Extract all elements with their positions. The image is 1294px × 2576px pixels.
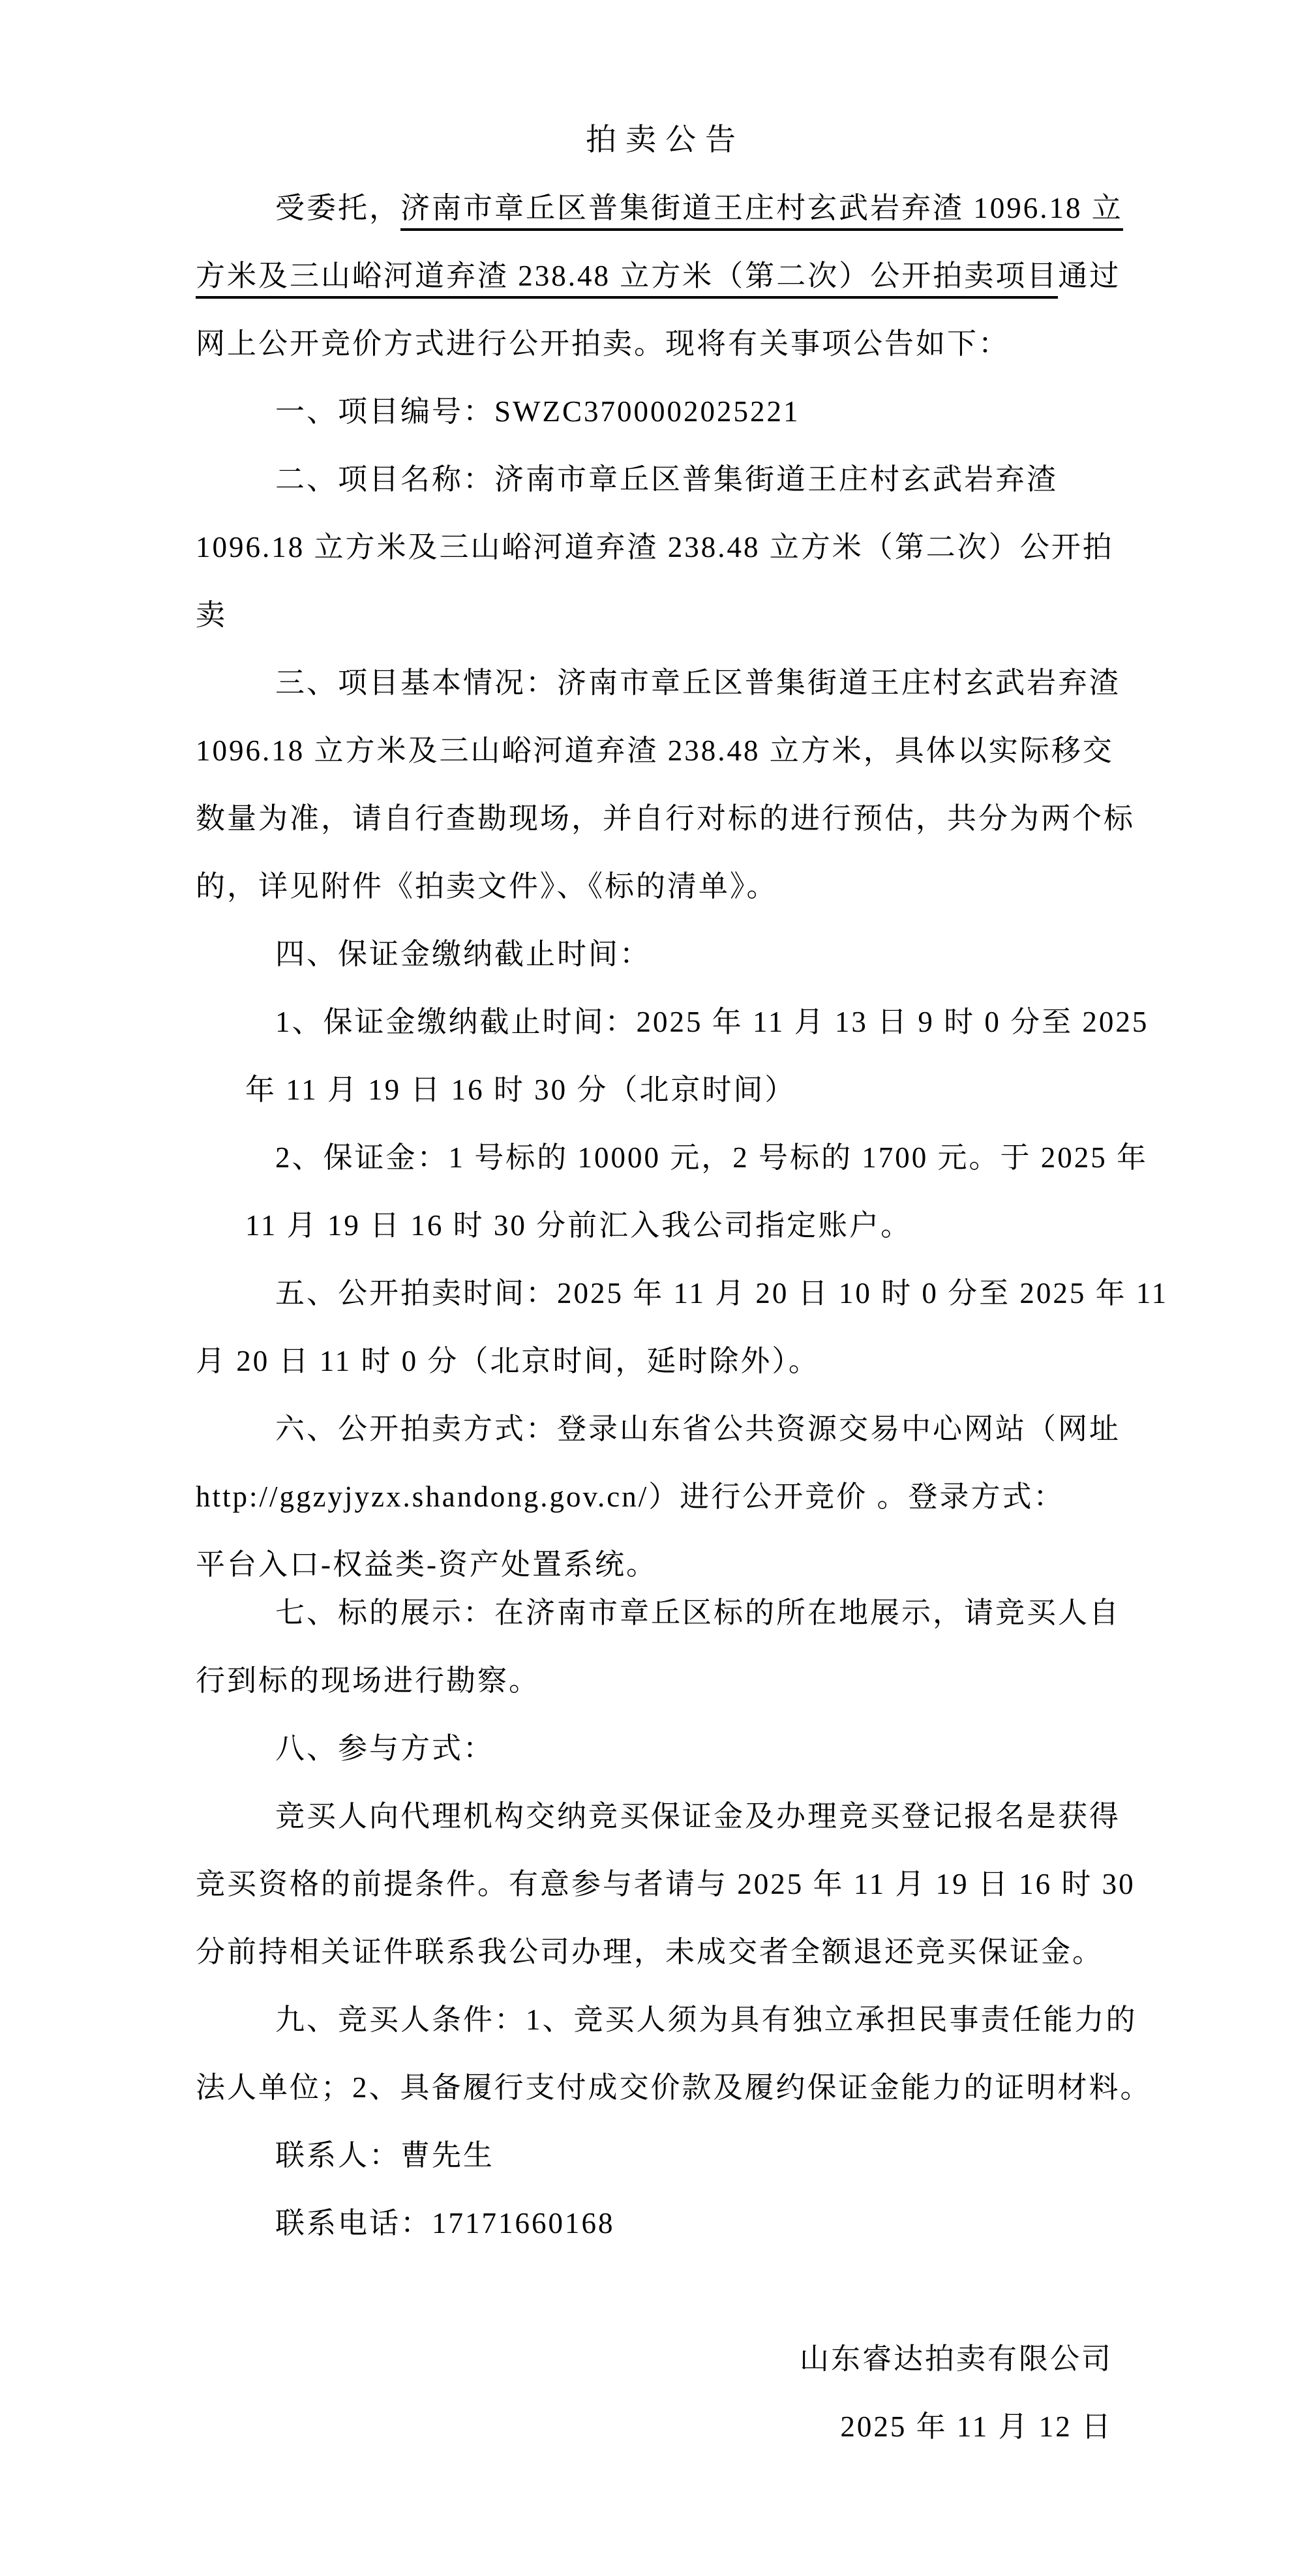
- text-run: 1096.18 立方米及三山峪河道弃渣 238.48 立方米（第二次）公开拍: [196, 531, 1114, 563]
- contact-person: 联系人：曹先生: [196, 2121, 1135, 2189]
- signature-date: 2025 年 11 月 12 日: [196, 2393, 1135, 2461]
- item-5-auction-time-line-2: 月 20 日 11 时 0 分（北京时间，延时除外）。: [196, 1327, 1135, 1395]
- item-4-deposit-deadline-heading: 四、保证金缴纳截止时间：: [196, 920, 1135, 988]
- para-intro-line-2: 方米及三山峪河道弃渣 238.48 立方米（第二次）公开拍卖项目通过: [196, 242, 1135, 310]
- item-3-basic-info-line-3: 数量为准，请自行查勘现场，并自行对标的进行预估，共分为两个标: [196, 785, 1135, 852]
- text-run: 网上公开竞价方式进行公开拍卖。现将有关事项公告如下：: [196, 327, 1010, 360]
- item-3-basic-info-line-1: 三、项目基本情况：济南市章丘区普集街道王庄村玄武岩弃渣: [196, 649, 1135, 717]
- text-run: 分前持相关证件联系我公司办理，未成交者全额退还竞买保证金。: [196, 1936, 1104, 1968]
- item-4-2-deposit-line-2: 11 月 19 日 16 时 30 分前汇入我公司指定账户。: [196, 1191, 1135, 1259]
- contact-phone: 联系电话：17171660168: [196, 2189, 1135, 2257]
- item-2-project-name-line-3: 卖: [196, 581, 1135, 649]
- text-run: 受委托，: [275, 192, 400, 224]
- item-7-display-line-1: 七、标的展示：在济南市章丘区标的所在地展示，请竞买人自: [196, 1579, 1135, 1647]
- text-run: 的，详见附件《拍卖文件》、《标的清单》。: [196, 870, 778, 903]
- item-9-bidder-conditions-line-2: 法人单位；2、具备履行支付成交价款及履约保证金能力的证明材料。: [196, 2054, 1135, 2121]
- item-8-participation-line-3: 分前持相关证件联系我公司办理，未成交者全额退还竞买保证金。: [196, 1918, 1135, 1986]
- text-run: 三、项目基本情况：济南市章丘区普集街道王庄村玄武岩弃渣: [275, 666, 1121, 699]
- text-run: 2025 年 11 月 12 日: [840, 2410, 1113, 2443]
- text-run: 11 月 19 日 16 时 30 分前汇入我公司指定账户。: [245, 1209, 912, 1242]
- item-2-project-name-line-1: 二、项目名称：济南市章丘区普集街道王庄村玄武岩弃渣: [196, 445, 1135, 513]
- doc-title: 拍卖公告: [196, 106, 1135, 174]
- item-3-basic-info-line-4: 的，详见附件《拍卖文件》、《标的清单》。: [196, 852, 1135, 920]
- item-3-basic-info-line-2: 1096.18 立方米及三山峪河道弃渣 238.48 立方米，具体以实际移交: [196, 717, 1135, 785]
- text-run: 月 20 日 11 时 0 分（北京时间，延时除外）。: [196, 1345, 820, 1377]
- text-run: 五、公开拍卖时间：2025 年 11 月 20 日 10 时 0 分至 2025…: [275, 1277, 1168, 1310]
- text-run: 七、标的展示：在济南市章丘区标的所在地展示，请竞买人自: [275, 1596, 1121, 1629]
- document-page: 拍卖公告受委托，济南市章丘区普集街道王庄村玄武岩弃渣 1096.18 立方米及三…: [0, 0, 1294, 2576]
- text-run: 数量为准，请自行查勘现场，并自行对标的进行预估，共分为两个标: [196, 802, 1135, 835]
- text-run: 联系电话：17171660168: [275, 2207, 615, 2239]
- item-2-project-name-line-2: 1096.18 立方米及三山峪河道弃渣 238.48 立方米（第二次）公开拍: [196, 513, 1135, 581]
- item-8-participation-line-1: 竞买人向代理机构交纳竞买保证金及办理竞买登记报名是获得: [196, 1782, 1135, 1850]
- signature-company: 山东睿达拍卖有限公司: [196, 2325, 1135, 2393]
- text-run: 九、竞买人条件：1、竞买人须为具有独立承担民事责任能力的: [275, 2003, 1137, 2036]
- item-4-2-deposit-line-1: 2、保证金：1 号标的 10000 元，2 号标的 1700 元。于 2025 …: [196, 1124, 1135, 1191]
- text-run: 六、公开拍卖方式：登录山东省公共资源交易中心网站（网址: [275, 1413, 1121, 1445]
- item-9-bidder-conditions-line-1: 九、竞买人条件：1、竞买人须为具有独立承担民事责任能力的: [196, 1986, 1135, 2054]
- text-run: http://ggzyjyzx.shandong.gov.cn/）进行公开竞价 …: [196, 1480, 1065, 1513]
- underlined-text-run: 济南市章丘区普集街道王庄村玄武岩弃渣 1096.18 立: [400, 192, 1123, 231]
- text-run: 八、参与方式：: [275, 1732, 494, 1765]
- item-4-1-deadline-line-1: 1、保证金缴纳截止时间：2025 年 11 月 13 日 9 时 0 分至 20…: [196, 988, 1135, 1056]
- text-run: 一、项目编号：SWZC3700002025221: [275, 395, 800, 428]
- para-intro-line-3: 网上公开竞价方式进行公开拍卖。现将有关事项公告如下：: [196, 310, 1135, 378]
- text-run: 联系人：曹先生: [275, 2139, 494, 2172]
- document-body: 拍卖公告受委托，济南市章丘区普集街道王庄村玄武岩弃渣 1096.18 立方米及三…: [196, 106, 1135, 2461]
- item-6-auction-method-line-1: 六、公开拍卖方式：登录山东省公共资源交易中心网站（网址: [196, 1395, 1135, 1463]
- item-8-participation-heading: 八、参与方式：: [196, 1715, 1135, 1782]
- text-run: 行到标的现场进行勘察。: [196, 1664, 540, 1697]
- text-run: 年 11 月 19 日 16 时 30 分（北京时间）: [245, 1073, 796, 1106]
- text-run: 二、项目名称：济南市章丘区普集街道王庄村玄武岩弃渣: [275, 463, 1058, 496]
- text-run: 法人单位；2、具备履行支付成交价款及履约保证金能力的证明材料。: [196, 2071, 1152, 2104]
- item-8-participation-line-2: 竞买资格的前提条件。有意参与者请与 2025 年 11 月 19 日 16 时 …: [196, 1850, 1135, 1918]
- text-run: 山东睿达拍卖有限公司: [800, 2343, 1113, 2375]
- item-5-auction-time-line-1: 五、公开拍卖时间：2025 年 11 月 20 日 10 时 0 分至 2025…: [196, 1259, 1135, 1327]
- para-intro-line-1: 受委托，济南市章丘区普集街道王庄村玄武岩弃渣 1096.18 立: [196, 174, 1135, 242]
- text-run: 1096.18 立方米及三山峪河道弃渣 238.48 立方米，具体以实际移交: [196, 734, 1114, 767]
- underlined-text-run: 方米及三山峪河道弃渣 238.48 立方米（第二次）公开拍卖项目: [196, 260, 1058, 299]
- item-7-display-line-2: 行到标的现场进行勘察。: [196, 1647, 1135, 1715]
- text-run: 竞买资格的前提条件。有意参与者请与 2025 年 11 月 19 日 16 时 …: [196, 1868, 1136, 1900]
- item-6-auction-method-line-2: http://ggzyjyzx.shandong.gov.cn/）进行公开竞价 …: [196, 1463, 1135, 1531]
- text-run: 2、保证金：1 号标的 10000 元，2 号标的 1700 元。于 2025 …: [275, 1141, 1148, 1174]
- item-1-project-number: 一、项目编号：SWZC3700002025221: [196, 378, 1135, 445]
- text-run: 通过: [1058, 260, 1121, 292]
- item-4-1-deadline-line-2: 年 11 月 19 日 16 时 30 分（北京时间）: [196, 1056, 1135, 1124]
- text-run: 卖: [196, 599, 227, 631]
- text-run: 拍卖公告: [586, 123, 745, 157]
- text-run: 四、保证金缴纳截止时间：: [275, 938, 651, 970]
- text-run: 竞买人向代理机构交纳竞买保证金及办理竞买登记报名是获得: [275, 1800, 1121, 1833]
- text-run: 平台入口-权益类-资产处置系统。: [196, 1548, 657, 1581]
- text-run: 1、保证金缴纳截止时间：2025 年 11 月 13 日 9 时 0 分至 20…: [275, 1006, 1149, 1038]
